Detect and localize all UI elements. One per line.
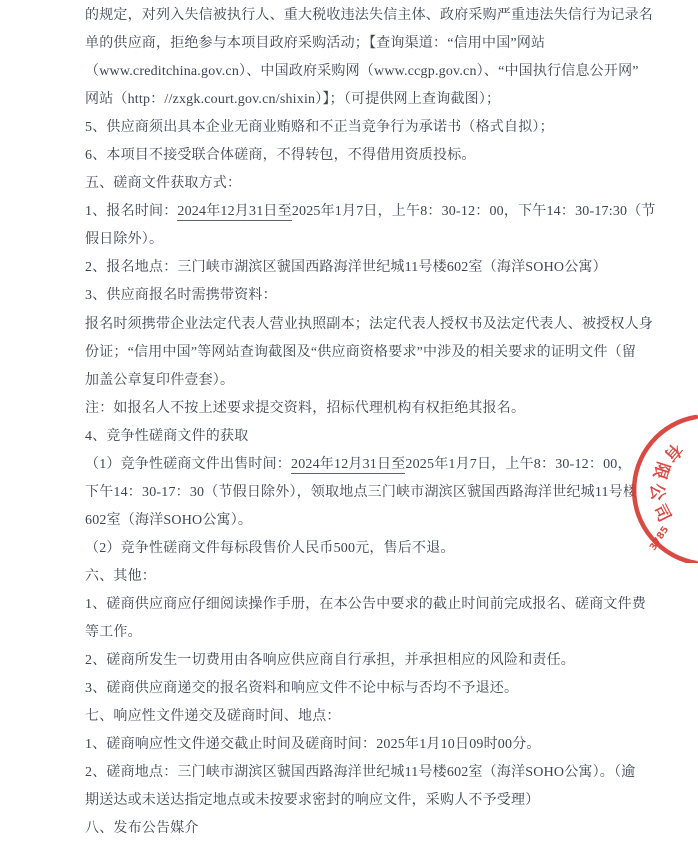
- seal-arc-icon: 有限公司 3785: [630, 413, 698, 563]
- line-text: 报名时须携带企业法定代表人营业执照副本；法定代表人授权书及法定代表人、被授权人身: [85, 317, 653, 332]
- document-line: 份证；“信用中国”等网站查询截图及“供应商资格要求”中涉及的相关要求的证明文件（…: [85, 339, 650, 367]
- line-text: （www.creditchina.gov.cn）、中国政府采购网（www.ccg…: [85, 64, 639, 79]
- document-line: 4、竞争性磋商文件的获取: [85, 423, 650, 451]
- document-line: 七、响应性文件递交及磋商时间、地点：: [85, 703, 650, 731]
- seal-text: 有限公司: [647, 440, 686, 532]
- line-text: 份证；“信用中国”等网站查询截图及“供应商资格要求”中涉及的相关要求的证明文件（…: [85, 345, 636, 360]
- line-text: 八、发布公告媒介: [85, 821, 199, 836]
- document-line: 2、磋商地点：三门峡市湖滨区虢国西路海洋世纪城11号楼602室（海洋SOHO公寓…: [85, 759, 650, 787]
- document-line: 网站（http：//zxgk.court.gov.cn/shixin）】；（可提…: [85, 86, 650, 114]
- line-text: 1、磋商供应商应仔细阅读操作手册，在本公告中要求的截止时间前完成报名、磋商文件费: [85, 597, 646, 612]
- document-line: 1、报名时间：2024年12月31日至2025年1月7日，上午8：30-12：0…: [85, 198, 650, 226]
- line-text: 2025年1月7日，上午8：30-12：00，: [405, 457, 631, 472]
- document-line: 六、其他：: [85, 563, 650, 591]
- document-line: 6、本项目不接受联合体磋商，不得转包，不得借用资质投标。: [85, 142, 650, 170]
- document-line: 2、报名地点：三门峡市湖滨区虢国西路海洋世纪城11号楼602室（海洋SOHO公寓…: [85, 254, 650, 282]
- line-text: 单的供应商，拒绝参与本项目政府采购活动；【查询渠道：“信用中国”网站: [85, 36, 545, 51]
- line-text: （2）竞争性磋商文件每标段售价人民币500元，售后不退。: [85, 541, 455, 556]
- document-line: 的规定，对列入失信被执行人、重大税收违法失信主体、政府采购严重违法失信行为记录名: [85, 2, 650, 30]
- document-line: 602室（海洋SOHO公寓）。: [85, 507, 650, 535]
- line-text: 1、磋商响应性文件递交截止时间及磋商时间：2025年1月10日09时00分。: [85, 737, 541, 752]
- line-text: 2、报名地点：三门峡市湖滨区虢国西路海洋世纪城11号楼602室（海洋SOHO公寓…: [85, 260, 607, 275]
- line-text: 期送达或未送达指定地点或未按要求密封的响应文件，采购人不予受理）: [85, 793, 539, 808]
- document-line: 等工作。: [85, 619, 650, 647]
- document-line: 3、供应商报名时需携带资料：: [85, 282, 650, 310]
- document-line: 八、发布公告媒介: [85, 815, 650, 843]
- line-text: 六、其他：: [85, 569, 156, 584]
- document-line: 单的供应商，拒绝参与本项目政府采购活动；【查询渠道：“信用中国”网站: [85, 30, 650, 58]
- document-line: 3、磋商供应商递交的报名资料和响应文件不论中标与否均不予退还。: [85, 675, 650, 703]
- line-text: 4、竞争性磋商文件的获取: [85, 429, 248, 444]
- document-line: 下午14：30-17：30（节假日除外），领取地点三门峡市湖滨区虢国西路海洋世纪…: [85, 479, 650, 507]
- svg-text:有限公司: 有限公司: [647, 440, 686, 532]
- line-text: 6、本项目不接受联合体磋商，不得转包，不得借用资质投标。: [85, 148, 476, 163]
- line-text: 五、磋商文件获取方式：: [85, 176, 241, 191]
- company-seal-stamp: 有限公司 3785: [630, 413, 698, 563]
- document-line: （2）竞争性磋商文件每标段售价人民币500元，售后不退。: [85, 535, 650, 563]
- document-line: 5、供应商须出具本企业无商业贿赂和不正当竞争行为承诺书（格式自拟）；: [85, 114, 650, 142]
- underlined-date-text: 2024年12月31日至: [177, 204, 291, 221]
- line-text: 3、磋商供应商递交的报名资料和响应文件不论中标与否均不予退还。: [85, 681, 518, 696]
- line-text: 5、供应商须出具本企业无商业贿赂和不正当竞争行为承诺书（格式自拟）；: [85, 120, 554, 135]
- line-text: 加盖公章复印件壹套）。: [85, 373, 234, 388]
- document-body: 的规定，对列入失信被执行人、重大税收违法失信主体、政府采购严重违法失信行为记录名…: [85, 2, 650, 843]
- document-line: 注：如报名人不按上述要求提交资料，招标代理机构有权拒绝其报名。: [85, 395, 650, 423]
- underlined-date-text: 2024年12月31日至: [291, 457, 405, 474]
- line-text: 2025年1月7日，上午8：30-12：00，下午14：30-17:30（节: [292, 204, 656, 219]
- document-line: 1、磋商响应性文件递交截止时间及磋商时间：2025年1月10日09时00分。: [85, 731, 650, 759]
- document-line: 期送达或未送达指定地点或未按要求密封的响应文件，采购人不予受理）: [85, 787, 650, 815]
- document-line: 报名时须携带企业法定代表人营业执照副本；法定代表人授权书及法定代表人、被授权人身: [85, 311, 650, 339]
- line-text: 1、报名时间：: [85, 204, 177, 219]
- document-line: 1、磋商供应商应仔细阅读操作手册，在本公告中要求的截止时间前完成报名、磋商文件费: [85, 591, 650, 619]
- line-text: 3、供应商报名时需携带资料：: [85, 288, 277, 303]
- document-line: （www.creditchina.gov.cn）、中国政府采购网（www.ccg…: [85, 58, 650, 86]
- line-text: 注：如报名人不按上述要求提交资料，招标代理机构有权拒绝其报名。: [85, 401, 525, 416]
- document-line: 五、磋商文件获取方式：: [85, 170, 650, 198]
- line-text: 602室（海洋SOHO公寓）。: [85, 513, 252, 528]
- document-line: 2、磋商所发生一切费用由各响应供应商自行承担，并承担相应的风险和责任。: [85, 647, 650, 675]
- scanned-document-page: 的规定，对列入失信被执行人、重大税收违法失信主体、政府采购严重违法失信行为记录名…: [0, 0, 698, 844]
- line-text: 2、磋商地点：三门峡市湖滨区虢国西路海洋世纪城11号楼602室（海洋SOHO公寓…: [85, 765, 635, 780]
- document-line: 假日除外）。: [85, 226, 650, 254]
- line-text: 七、响应性文件递交及磋商时间、地点：: [85, 709, 341, 724]
- line-text: 2、磋商所发生一切费用由各响应供应商自行承担，并承担相应的风险和责任。: [85, 653, 575, 668]
- line-text: 等工作。: [85, 625, 142, 640]
- line-text: 网站（http：//zxgk.court.gov.cn/shixin）】；（可提…: [85, 92, 500, 107]
- line-text: 下午14：30-17：30（节假日除外），领取地点三门峡市湖滨区虢国西路海洋世纪…: [85, 485, 637, 500]
- line-text: （1）竞争性磋商文件出售时间：: [85, 457, 291, 472]
- line-text: 的规定，对列入失信被执行人、重大税收违法失信主体、政府采购严重违法失信行为记录名: [85, 8, 653, 23]
- document-line: （1）竞争性磋商文件出售时间：2024年12月31日至2025年1月7日，上午8…: [85, 451, 650, 479]
- line-text: 假日除外）。: [85, 232, 163, 247]
- document-line: 加盖公章复印件壹套）。: [85, 367, 650, 395]
